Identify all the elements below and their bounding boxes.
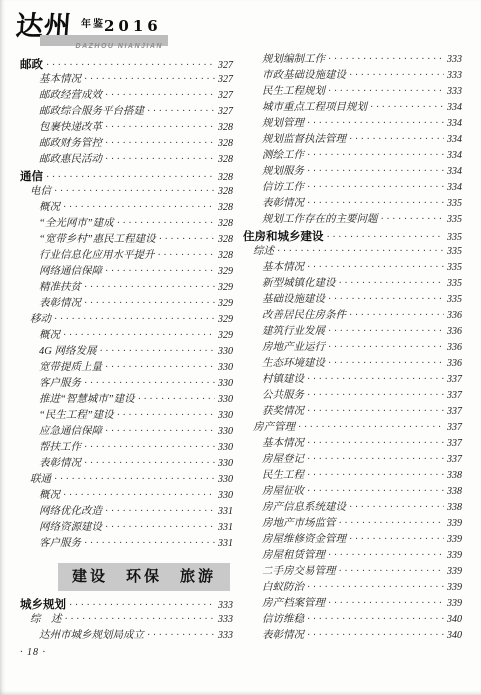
dot-leader [84, 296, 215, 312]
toc-entry: 概况330 [20, 488, 233, 504]
toc-entry-page: 331 [218, 504, 233, 520]
toc-entry: 房地产业运行336 [243, 340, 462, 356]
toc-entry-title: 测绘工作 [262, 148, 304, 164]
toc-entry-page: 335 [447, 292, 462, 308]
toc-entry-page: 336 [447, 324, 462, 340]
toc-entry-page: 334 [447, 116, 462, 132]
toc-entry-page: 333 [447, 84, 462, 100]
toc-entry-page: 337 [447, 436, 462, 452]
dot-leader [307, 148, 444, 164]
toc-entry: 4G 网络发展330 [20, 344, 233, 360]
toc-entry: 市政基础设施建设333 [243, 68, 462, 84]
toc-entry-title: 应急通信保障 [39, 424, 102, 440]
toc-entry-page: 335 [447, 244, 462, 260]
toc-entry: 住房和城乡建设335 [243, 228, 462, 244]
toc-entry-page: 329 [218, 328, 233, 344]
toc-entry: 联通330 [20, 472, 233, 488]
dot-leader [307, 388, 444, 404]
toc-entry: 房地产市场监管339 [243, 516, 462, 532]
toc-entry: 基本情况337 [243, 436, 462, 452]
toc-entry-page: 340 [447, 628, 462, 644]
dot-leader [117, 216, 215, 232]
toc-entry-page: 336 [447, 356, 462, 372]
dot-leader [298, 420, 444, 436]
toc-entry: 邮政惠民活动328 [20, 152, 233, 168]
toc-entry-page: 331 [218, 520, 233, 536]
toc-entry-page: 335 [447, 260, 462, 276]
dot-leader [54, 312, 215, 328]
dot-leader [54, 184, 215, 200]
toc-entry: 表彰情况335 [243, 196, 462, 212]
dot-leader [65, 612, 216, 628]
toc-entry-title: 移动 [30, 312, 51, 328]
toc-entry-title: 电信 [30, 184, 51, 200]
toc-entry-page: 329 [218, 312, 233, 328]
toc-entry-page: 339 [447, 580, 462, 596]
toc-entry-page: 333 [218, 612, 233, 628]
toc-entry: 行业信息化应用水平提升328 [20, 248, 233, 264]
dot-leader [84, 456, 215, 472]
toc-entry: 白蚁防治339 [243, 580, 462, 596]
dot-leader [105, 88, 215, 104]
toc-entry: 邮政经营成效327 [20, 88, 233, 104]
dot-leader [349, 68, 444, 84]
toc-entry-title: 信访维稳 [262, 612, 304, 628]
toc-entry-page: 338 [447, 484, 462, 500]
dot-leader [159, 232, 215, 248]
toc-entry: 城乡规划333 [20, 596, 233, 612]
dot-leader [99, 344, 215, 360]
toc-entry-page: 339 [447, 596, 462, 612]
dot-leader [307, 180, 444, 196]
toc-entry-page: 330 [218, 440, 233, 456]
dot-leader [339, 564, 445, 580]
toc-entry-title: 规划编制工作 [262, 52, 325, 68]
toc-entry-title: 4G 网络发展 [39, 344, 96, 360]
toc-entry-page: 334 [447, 148, 462, 164]
toc-entry-title: 行业信息化应用水平提升 [39, 248, 155, 264]
toc-entry-title: 房产档案管理 [262, 596, 325, 612]
toc-entry-page: 330 [218, 376, 233, 392]
toc-entry: 房产管理337 [243, 420, 462, 436]
dot-leader [105, 152, 215, 168]
toc-entry-page: 328 [218, 120, 233, 136]
toc-entry-title: 市政基础设施建设 [262, 68, 346, 84]
toc-entry: 建筑行业发展336 [243, 324, 462, 340]
toc-entry: 基础设施建设335 [243, 292, 462, 308]
part-title: 建设 环保 旅游 [72, 569, 216, 585]
toc-entry-page: 328 [218, 152, 233, 168]
dot-leader [63, 328, 215, 344]
toc-entry: 客户服务330 [20, 376, 233, 392]
toc-entry: 民生工程338 [243, 468, 462, 484]
toc-entry: “宽带乡村”惠民工程建设328 [20, 232, 233, 248]
dot-leader [307, 196, 444, 212]
toc-entry-title: 房地产市场监管 [262, 516, 336, 532]
toc-entry-title: 改善居民住房条件 [262, 308, 346, 324]
dot-leader [307, 404, 444, 420]
toc-entry: 信访维稳340 [243, 612, 462, 628]
dot-leader [307, 580, 444, 596]
toc-entry: 应急通信保障330 [20, 424, 233, 440]
toc-entry: “民生工程”建设330 [20, 408, 233, 424]
dot-leader [349, 500, 444, 516]
toc-entry: 达州市城乡规划局成立333 [20, 628, 233, 644]
dot-leader [349, 532, 444, 548]
dot-leader [105, 264, 215, 280]
dot-leader [307, 372, 444, 388]
toc-column-left: 邮政327基本情况327邮政经营成效327邮政综合服务平台搭建327包裹快递改革… [20, 56, 233, 644]
dot-leader [105, 504, 215, 520]
toc-entry-title: 规划服务 [262, 164, 304, 180]
toc-entry-title: 房地产业运行 [262, 340, 325, 356]
toc-entry-page: 339 [447, 532, 462, 548]
toc-entry-title: 村镇建设 [262, 372, 304, 388]
toc-entry-title: 联通 [30, 472, 51, 488]
dot-leader [54, 472, 215, 488]
dot-leader [328, 548, 444, 564]
dot-leader [307, 628, 444, 644]
toc-entry-title: 房产管理 [253, 420, 295, 436]
dot-leader [84, 536, 215, 552]
dot-leader [147, 104, 215, 120]
toc-entry: 房屋租赁管理339 [243, 548, 462, 564]
toc-entry-title: 表彰情况 [39, 456, 81, 472]
dot-leader [339, 516, 445, 532]
dot-leader [328, 52, 444, 68]
toc-entry-page: 336 [447, 340, 462, 356]
dot-leader [307, 260, 444, 276]
toc-entry: 获奖情况337 [243, 404, 462, 420]
toc-entry-page: 330 [218, 456, 233, 472]
toc-entry: 邮政综合服务平台搭建327 [20, 104, 233, 120]
toc-entry-page: 333 [218, 628, 233, 644]
toc-entry-page: 327 [218, 104, 233, 120]
toc-entry-page: 330 [218, 360, 233, 376]
toc-entry-title: 白蚁防治 [262, 580, 304, 596]
toc-entry-page: 330 [218, 472, 233, 488]
dot-leader [158, 248, 216, 264]
toc-entry-page: 334 [447, 180, 462, 196]
toc-entry-title: 概况 [39, 200, 60, 216]
toc-entry-title: “宽带乡村”惠民工程建设 [39, 232, 156, 248]
toc-entry: 表彰情况340 [243, 628, 462, 644]
toc-entry-page: 334 [447, 132, 462, 148]
toc-entry-title: 城市重点工程项目规划 [262, 100, 367, 116]
toc-entry-page: 337 [447, 388, 462, 404]
toc-entry-title: 城乡规划 [20, 596, 66, 612]
toc-entry-page: 338 [447, 500, 462, 516]
toc-entry: 村镇建设337 [243, 372, 462, 388]
toc-entry-title: 综 述 [30, 612, 62, 628]
toc-entry-title: 邮政综合服务平台搭建 [39, 104, 144, 120]
dot-leader [147, 628, 215, 644]
toc-entry-page: 334 [447, 100, 462, 116]
toc-entry: 房产档案管理339 [243, 596, 462, 612]
dot-leader [105, 424, 215, 440]
toc-entry-title: 邮政惠民活动 [39, 152, 102, 168]
toc-entry: 客户服务331 [20, 536, 233, 552]
toc-entry-page: 330 [218, 488, 233, 504]
toc-entry: 二手房交易管理339 [243, 564, 462, 580]
toc-entry: 规划工作存在的主要问题335 [243, 212, 462, 228]
toc-entry: 概况328 [20, 200, 233, 216]
toc-entry: 表彰情况329 [20, 296, 233, 312]
toc-entry-title: “全光网市”建成 [39, 216, 114, 232]
toc-entry-page: 339 [447, 548, 462, 564]
dot-leader [307, 484, 444, 500]
toc-entry: 网络优化改造331 [20, 504, 233, 520]
toc-entry: 公共服务337 [243, 388, 462, 404]
dot-leader [307, 468, 444, 484]
toc-entry-title: 表彰情况 [262, 628, 304, 644]
toc-entry-title: 基本情况 [262, 260, 304, 276]
dot-leader [117, 408, 215, 424]
toc-entry: 房屋征收338 [243, 484, 462, 500]
dot-leader [105, 360, 215, 376]
toc-entry-page: 333 [447, 52, 462, 68]
dot-leader [328, 84, 444, 100]
toc-entry-page: 329 [218, 280, 233, 296]
toc-entry-page: 335 [447, 196, 462, 212]
toc-entry-title: 表彰情况 [262, 196, 304, 212]
dot-leader [307, 452, 444, 468]
toc-entry-page: 328 [218, 136, 233, 152]
toc-entry: 表彰情况330 [20, 456, 233, 472]
toc-entry: 宽带提质上量330 [20, 360, 233, 376]
logo-title-small: 年鉴 [81, 15, 105, 30]
toc-entry-title: 住房和城乡建设 [243, 228, 324, 244]
toc-entry: 规划监督执法管理334 [243, 132, 462, 148]
toc-entry-title: 综述 [253, 244, 274, 260]
toc-entry-page: 337 [447, 452, 462, 468]
toc-entry-title: 邮政经营成效 [39, 88, 102, 104]
toc-entry-title: 民生工程 [262, 468, 304, 484]
toc-entry: 帮扶工作330 [20, 440, 233, 456]
toc-entry-page: 337 [447, 404, 462, 420]
dot-leader [84, 376, 215, 392]
toc-column-right: 规划编制工作333市政基础设施建设333民生工程规划333城市重点工程项目规划3… [243, 52, 462, 644]
toc-entry-title: 帮扶工作 [39, 440, 81, 456]
toc-entry-title: 概况 [39, 328, 60, 344]
toc-entry-page: 328 [218, 248, 233, 264]
toc-entry-title: 新型城镇化建设 [262, 276, 336, 292]
toc-entry-title: 规划管理 [262, 116, 304, 132]
toc-entry-page: 337 [447, 372, 462, 388]
toc-entry-title: 获奖情况 [262, 404, 304, 420]
dot-leader [381, 212, 445, 228]
toc-entry-page: 330 [218, 344, 233, 360]
toc-entry-page: 327 [218, 88, 233, 104]
yearbook-logo: 达州 年鉴 2016 DAZHOU NIANJIAN [16, 8, 176, 48]
dot-leader [105, 120, 215, 136]
toc-entry: 网络资源建设331 [20, 520, 233, 536]
toc-entry-title: 规划工作存在的主要问题 [262, 212, 378, 228]
toc-entry: 测绘工作334 [243, 148, 462, 164]
toc-entry: 房屋登记337 [243, 452, 462, 468]
toc-entry-title: 信访工作 [262, 180, 304, 196]
dot-leader [84, 440, 215, 456]
toc-entry-page: 330 [218, 424, 233, 440]
logo-year: 2016 [104, 17, 162, 35]
toc-entry-page: 336 [447, 308, 462, 324]
toc-entry-page: 329 [218, 264, 233, 280]
toc-entry: 基本情况327 [20, 72, 233, 88]
toc-entry-title: 生态环境建设 [262, 356, 325, 372]
toc-entry: 改善居民住房条件336 [243, 308, 462, 324]
toc-entry: 规划服务334 [243, 164, 462, 180]
toc-entry: 房产信息系统建设338 [243, 500, 462, 516]
toc-entry: 精准扶贫329 [20, 280, 233, 296]
toc-entry-title: “民生工程”建设 [39, 408, 114, 424]
toc-entry-title: 基础设施建设 [262, 292, 325, 308]
yearbook-toc-page: 达州 年鉴 2016 DAZHOU NIANJIAN 邮政327基本情况327邮… [0, 0, 481, 695]
toc-entry-title: 房屋租赁管理 [262, 548, 325, 564]
toc-entry: 网络通信保障329 [20, 264, 233, 280]
toc-entry-page: 327 [218, 72, 233, 88]
toc-entry: 包裹快递改革328 [20, 120, 233, 136]
dot-leader [370, 100, 444, 116]
toc-entry-title: 公共服务 [262, 388, 304, 404]
dot-leader [307, 612, 444, 628]
dot-leader [307, 164, 444, 180]
toc-entry-page: 335 [447, 276, 462, 292]
toc-entry-title: 网络资源建设 [39, 520, 102, 536]
toc-entry-title: 客户服务 [39, 536, 81, 552]
dot-leader [63, 488, 215, 504]
toc-entry: 综 述333 [20, 612, 233, 628]
dot-leader [105, 520, 215, 536]
toc-entry-title: 通信 [20, 168, 43, 184]
toc-entry-title: 房屋维修资金管理 [262, 532, 346, 548]
dot-leader [307, 116, 444, 132]
toc-entry-page: 339 [447, 564, 462, 580]
toc-entry: 房屋维修资金管理339 [243, 532, 462, 548]
toc-entry-title: 邮政财务管控 [39, 136, 102, 152]
toc-entry-page: 330 [218, 392, 233, 408]
logo-subtitle: DAZHOU NIANJIAN [76, 43, 163, 50]
dot-leader [328, 340, 444, 356]
toc-entry: 生态环境建设336 [243, 356, 462, 372]
dot-leader [328, 292, 444, 308]
toc-entry: 信访工作334 [243, 180, 462, 196]
dot-leader [339, 276, 445, 292]
toc-entry: 概况329 [20, 328, 233, 344]
toc-entry-title: 房屋征收 [262, 484, 304, 500]
dot-leader [307, 436, 444, 452]
page-number-folio: · 18 · [20, 647, 46, 658]
toc-entry-title: 房屋登记 [262, 452, 304, 468]
dot-leader [328, 324, 444, 340]
toc-entry-title: 概况 [39, 488, 60, 504]
toc-entry-page: 330 [218, 408, 233, 424]
toc-entry-title: 民生工程规划 [262, 84, 325, 100]
toc-entry-page: 339 [447, 516, 462, 532]
part-title-box: 建设 环保 旅游 [58, 563, 230, 591]
toc-entry-page: 328 [218, 184, 233, 200]
toc-entry: 城市重点工程项目规划334 [243, 100, 462, 116]
toc-entry-title: 规划监督执法管理 [262, 132, 346, 148]
toc-entry: 推进“智慧城市”建设330 [20, 392, 233, 408]
toc-entry-title: 基本情况 [39, 72, 81, 88]
toc-entry: 移动329 [20, 312, 233, 328]
toc-entry-title: 二手房交易管理 [262, 564, 336, 580]
toc-entry-title: 房产信息系统建设 [262, 500, 346, 516]
dot-leader [349, 308, 444, 324]
toc-entry-page: 334 [447, 164, 462, 180]
toc-entry-title: 达州市城乡规划局成立 [39, 628, 144, 644]
toc-entry: 新型城镇化建设335 [243, 276, 462, 292]
toc-entry-title: 推进“智慧城市”建设 [39, 392, 135, 408]
toc-entry-page: 333 [447, 68, 462, 84]
toc-entry-title: 网络优化改造 [39, 504, 102, 520]
toc-entry: 电信328 [20, 184, 233, 200]
dot-leader [84, 280, 215, 296]
toc-entry-title: 基本情况 [262, 436, 304, 452]
toc-entry-page: 331 [218, 536, 233, 552]
dot-leader [328, 596, 444, 612]
toc-entry: 通信328 [20, 168, 233, 184]
toc-entry: 规划管理334 [243, 116, 462, 132]
toc-entry-page: 328 [218, 232, 233, 248]
dot-leader [63, 200, 215, 216]
toc-entry: “全光网市”建成328 [20, 216, 233, 232]
toc-entry-title: 包裹快递改革 [39, 120, 102, 136]
toc-entry: 民生工程规划333 [243, 84, 462, 100]
toc-entry-page: 328 [218, 216, 233, 232]
toc-entry-title: 客户服务 [39, 376, 81, 392]
toc-entry: 邮政财务管控328 [20, 136, 233, 152]
toc-entry: 基本情况335 [243, 260, 462, 276]
toc-entry-page: 328 [218, 200, 233, 216]
dot-leader [349, 132, 444, 148]
toc-entry-title: 宽带提质上量 [39, 360, 102, 376]
dot-leader [277, 244, 444, 260]
toc-entry-title: 建筑行业发展 [262, 324, 325, 340]
dot-leader [138, 392, 215, 408]
toc-entry: 综述335 [243, 244, 462, 260]
logo-subtitle-bar: DAZHOU NIANJIAN [40, 35, 168, 46]
toc-entry-title: 精准扶贫 [39, 280, 81, 296]
dot-leader [328, 356, 444, 372]
toc-entry-page: 335 [447, 212, 462, 228]
toc-entry-page: 337 [447, 420, 462, 436]
toc-entry-title: 网络通信保障 [39, 264, 102, 280]
dot-leader [105, 136, 215, 152]
toc-entry-page: 338 [447, 468, 462, 484]
toc-entry-title: 邮政 [20, 56, 43, 72]
toc-entry-title: 表彰情况 [39, 296, 81, 312]
dot-leader [84, 72, 215, 88]
toc-entry: 规划编制工作333 [243, 52, 462, 68]
toc-entry: 邮政327 [20, 56, 233, 72]
toc-entry-page: 340 [447, 612, 462, 628]
toc-entry-page: 329 [218, 296, 233, 312]
